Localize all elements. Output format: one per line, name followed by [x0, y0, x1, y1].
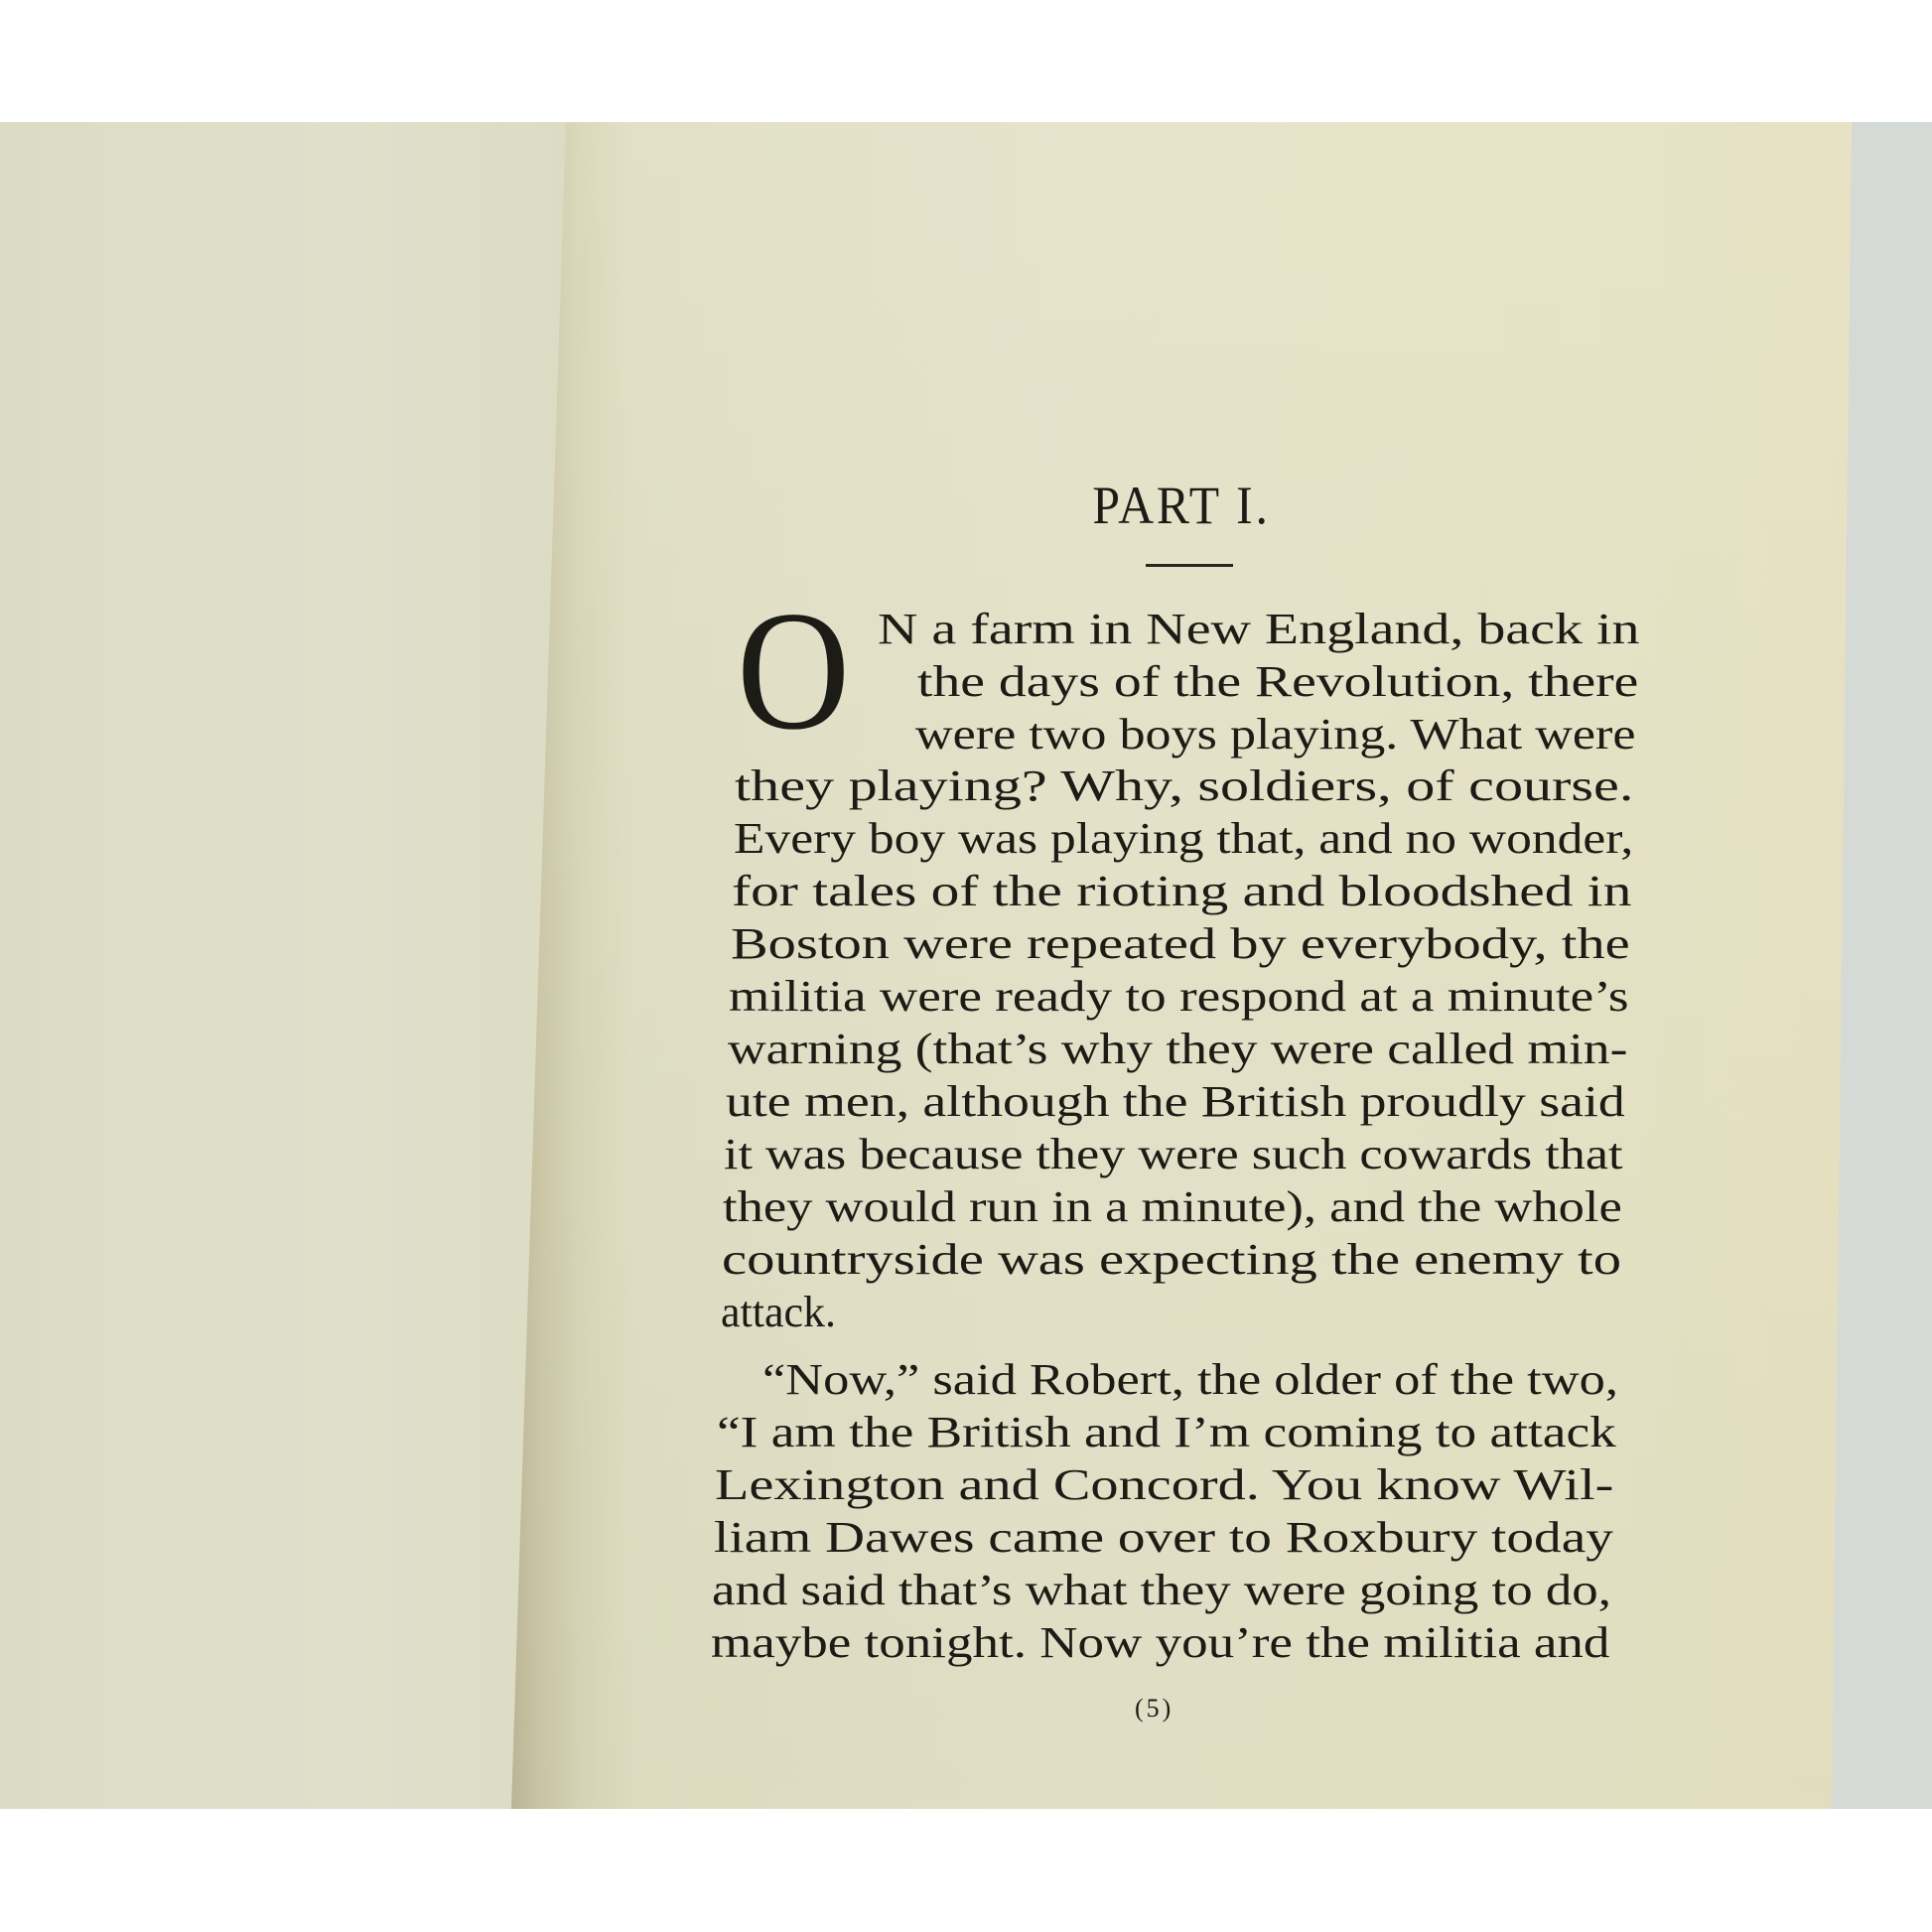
heading-rule-divider — [1146, 564, 1233, 567]
paragraph-1-line-8: militia were ready to respond at a minut… — [729, 971, 1629, 1023]
paragraph-1-line-12: they would run in a minute), and the who… — [723, 1181, 1622, 1233]
page-number: (5) — [1135, 1694, 1173, 1724]
chapter-heading: PART I. — [1044, 475, 1318, 536]
paragraph-2-line-2: “I am the British and I’m coming to atta… — [717, 1407, 1616, 1458]
page-text: PART I. O N a farm in New England, back … — [0, 0, 1932, 1932]
paragraph-2-line-5: and said that’s what they were going to … — [712, 1565, 1611, 1616]
paragraph-1-line-10: ute men, although the British proudly sa… — [726, 1076, 1625, 1128]
paragraph-2-line-6: maybe tonight. Now you’re the militia an… — [711, 1617, 1609, 1669]
paragraph-1-line-9: warning (that’s why they were called min… — [728, 1024, 1627, 1075]
paragraph-1-line-2: the days of the Revolution, there — [917, 656, 1638, 708]
paragraph-2-line-4: liam Dawes came over to Roxbury today — [714, 1512, 1613, 1564]
paragraph-2-line-1: “Now,” said Robert, the older of the two… — [762, 1354, 1618, 1406]
paragraph-1-line-4: they playing? Why, soldiers, of course. — [735, 760, 1633, 812]
paragraph-1-line-11: it was because they were such cowards th… — [724, 1129, 1623, 1180]
paragraph-1-line-3: were two boys playing. What were — [915, 709, 1635, 760]
paragraph-1-line-6: for tales of the rioting and bloodshed i… — [732, 866, 1631, 917]
paragraph-1-line-14: attack. — [721, 1287, 836, 1338]
paragraph-1-line-5: Every boy was playing that, and no wonde… — [734, 813, 1633, 865]
paragraph-1-line-1: N a farm in New England, back in — [878, 604, 1639, 655]
paragraph-1-line-7: Boston were repeated by everybody, the — [731, 918, 1630, 970]
paragraph-2-line-3: Lexington and Concord. You know Wil- — [715, 1459, 1613, 1511]
paragraph-1-line-13: countryside was expecting the enemy to — [722, 1234, 1621, 1286]
drop-cap-letter: O — [737, 586, 850, 757]
